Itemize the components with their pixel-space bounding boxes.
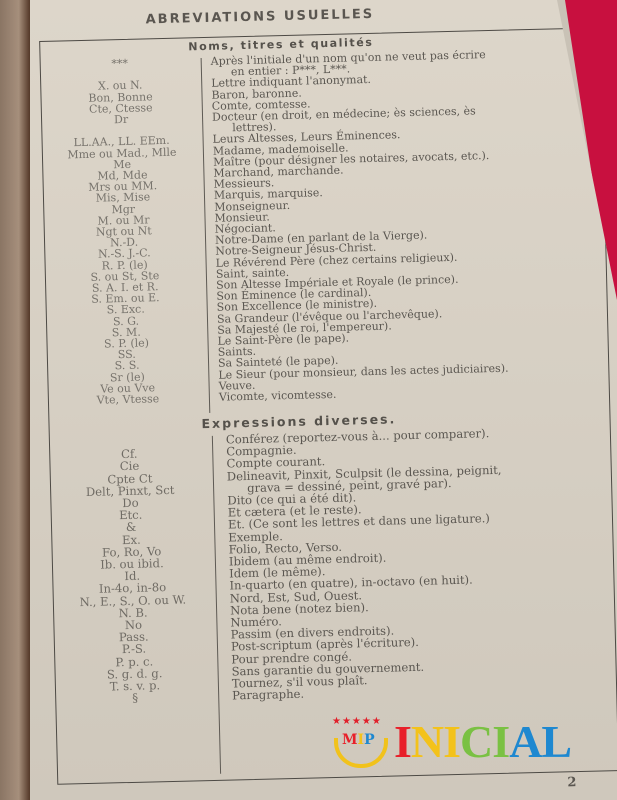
section-expressions-rows: Conférez (reportez-vous à... pour compar…	[50, 424, 616, 706]
inicial-wordmark: INICIAL	[394, 719, 571, 765]
wordmark-letter: N	[411, 716, 443, 767]
wordmark-letter: I	[492, 716, 509, 767]
inicial-watermark: ★★★★★ MIP INICIAL	[330, 712, 617, 772]
abbreviation: §	[56, 690, 214, 706]
wordmark-letter: I	[394, 716, 411, 767]
definition-text: Vicomte, vicomtesse.	[219, 388, 337, 404]
abbreviation: ***	[41, 56, 199, 71]
wordmark-letter: C	[460, 716, 492, 767]
mip-text: MIP	[342, 732, 375, 748]
wordmark-letter: L	[541, 716, 571, 767]
stars-icon: ★★★★★	[332, 716, 382, 727]
definition-text: Paragraphe.	[232, 687, 304, 703]
section-noms-rows: ***Après l'initiale d'un nom qu'on ne ve…	[41, 46, 609, 407]
mip-badge-logo: ★★★★★ MIP	[330, 716, 386, 768]
book-page: ABREVIATIONS USUELLES Noms, titres et qu…	[30, 0, 617, 800]
abbreviation-table-frame: Noms, titres et qualités ***Après l'init…	[39, 27, 617, 785]
wordmark-letter: I	[443, 716, 460, 767]
wordmark-letter: A	[509, 716, 541, 767]
abbreviation	[50, 434, 208, 438]
page-number: 2	[567, 775, 576, 790]
badge-letter: M	[342, 732, 358, 748]
running-head: ABREVIATIONS USUELLES	[145, 7, 374, 28]
book-spine	[0, 0, 34, 800]
abbreviation: Vte, Vtesse	[49, 392, 207, 407]
badge-letter: P	[364, 732, 375, 748]
